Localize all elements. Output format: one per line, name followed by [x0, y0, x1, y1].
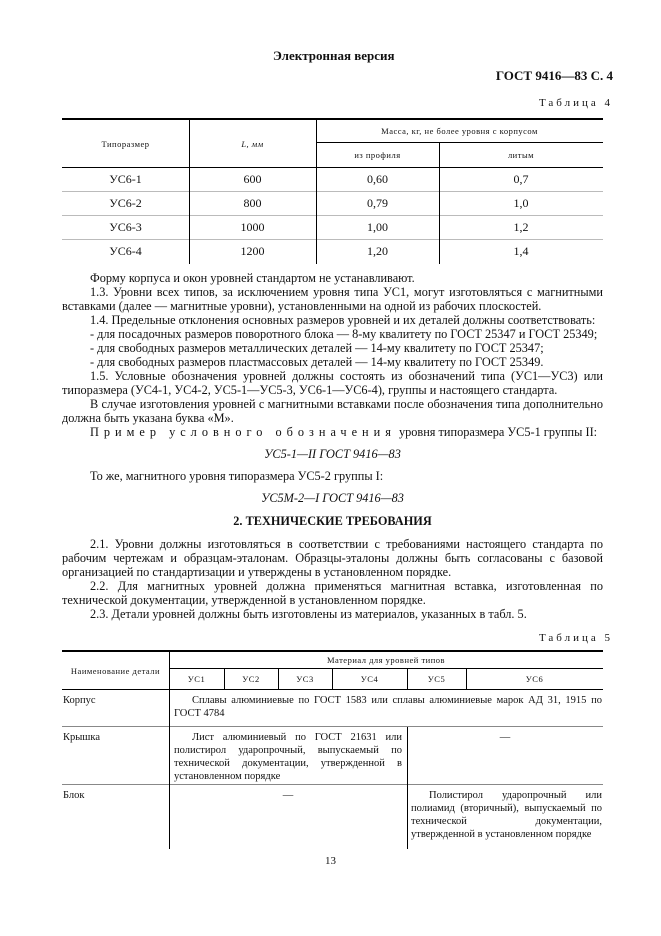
cell-length: 600 — [189, 168, 316, 191]
example-label: Пример условного обозначения — [90, 425, 396, 439]
cell-length: 800 — [189, 192, 316, 215]
designation-example-2: УС5М-2—I ГОСТ 9416—83 — [62, 492, 603, 506]
cell-cast: 0,7 — [439, 168, 603, 191]
cell-length: 1000 — [189, 216, 316, 239]
material-text: Лист алюминиевый по ГОСТ 21631 или полис… — [174, 731, 402, 783]
table5-header-type-us6: УС6 — [466, 669, 603, 689]
electronic-version-label: Электронная версия — [273, 48, 395, 64]
cell-cast: 1,4 — [439, 240, 603, 263]
table4-header-size: Типоразмер — [62, 120, 189, 167]
cell-size: УС6-3 — [62, 216, 189, 239]
table4-header-cast: литым — [439, 143, 603, 167]
cell-cast: 1,0 — [439, 192, 603, 215]
cell-profile: 0,60 — [316, 168, 439, 191]
designation-example-1: УС5-1—II ГОСТ 9416—83 — [62, 448, 603, 462]
paragraph-1-4-a: - для посадочных размеров поворотного бл… — [62, 328, 603, 342]
material-text: — — [407, 731, 603, 744]
cell-profile: 1,00 — [316, 216, 439, 239]
paragraph-2-2: 2.2. Для магнитных уровней должна примен… — [62, 580, 603, 608]
table5-header-type-us1: УС1 — [169, 669, 224, 689]
cell-profile: 1,20 — [316, 240, 439, 263]
table4-header-profile: из профиля — [316, 143, 439, 167]
cell-profile: 0,79 — [316, 192, 439, 215]
table5-caption: Таблица 5 — [539, 632, 613, 644]
paragraph-example: Пример условного обозначения уровня типо… — [62, 426, 603, 440]
part-name: Корпус — [63, 694, 96, 707]
cell-length: 1200 — [189, 240, 316, 263]
paragraph-1-4-b: - для свободных размеров металлических д… — [62, 342, 603, 356]
table4-header-mass: Масса, кг, не более уровня с корпусом — [316, 120, 603, 142]
cell-size: УС6-1 — [62, 168, 189, 191]
page-number: 13 — [0, 855, 661, 867]
table5-header-type-us3: УС3 — [278, 669, 332, 689]
table4-header-length: L, мм — [189, 120, 316, 167]
paragraph-1-5: 1.5. Условные обозначения уровней должны… — [62, 370, 603, 398]
paragraph-2-1: 2.1. Уровни должны изготовляться в соотв… — [62, 538, 603, 579]
table5-header-part: Наименование детали — [62, 652, 169, 689]
paragraph-1-5-magnetic: В случае изготовления уровней с магнитны… — [62, 398, 603, 426]
part-name: Блок — [63, 789, 84, 802]
material-text: — — [169, 789, 407, 802]
paragraph-same-magnetic: То же, магнитного уровня типоразмера УС5… — [62, 470, 603, 484]
paragraph-2-3: 2.3. Детали уровней должны быть изготовл… — [62, 608, 603, 622]
cell-cast: 1,2 — [439, 216, 603, 239]
table4-caption: Таблица 4 — [539, 97, 613, 109]
paragraph-form: Форму корпуса и окон уровней стандартом … — [62, 272, 603, 286]
material-text: Полистирол ударопрочный или полиамид (вт… — [411, 789, 602, 841]
document-reference: ГОСТ 9416—83 С. 4 — [496, 68, 613, 84]
paragraph-1-3: 1.3. Уровни всех типов, за исключением у… — [62, 286, 603, 314]
cell-size: УС6-2 — [62, 192, 189, 215]
section-title: 2. ТЕХНИЧЕСКИЕ ТРЕБОВАНИЯ — [62, 515, 603, 529]
part-name: Крышка — [63, 731, 100, 744]
paragraph-1-4: 1.4. Предельные отклонения основных разм… — [62, 314, 603, 328]
table5-header-material: Материал для уровней типов — [169, 652, 603, 668]
table5-header-type-us5: УС5 — [407, 669, 466, 689]
paragraph-1-4-c: - для свободных размеров пластмассовых д… — [62, 356, 603, 370]
material-text: Сплавы алюминиевые по ГОСТ 1583 или спла… — [174, 694, 602, 720]
cell-size: УС6-4 — [62, 240, 189, 263]
table5-header-type-us4: УС4 — [332, 669, 407, 689]
table5-header-type-us2: УС2 — [224, 669, 278, 689]
example-text: уровня типоразмера УС5-1 группы II: — [396, 425, 597, 439]
